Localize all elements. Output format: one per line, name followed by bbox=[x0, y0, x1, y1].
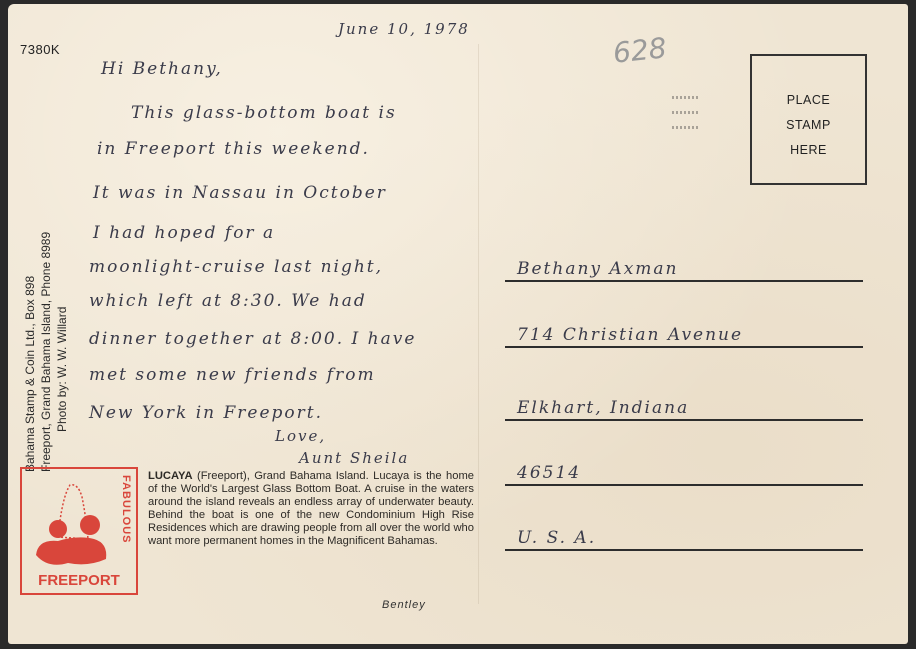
postcard-back: 7380K June 10, 1978 628 Hi Bethany, This… bbox=[8, 4, 908, 644]
address-line: Bethany Axman bbox=[505, 250, 863, 282]
message-line: New York in Freeport. bbox=[89, 403, 323, 423]
address-text: Bethany Axman bbox=[517, 259, 679, 279]
address-line: 714 Christian Avenue bbox=[505, 316, 863, 348]
message-line: It was in Nassau in October bbox=[93, 183, 387, 203]
address-line: 46514 bbox=[505, 454, 863, 486]
address-text: U. S. A. bbox=[517, 528, 596, 548]
logo-bottom-text: FREEPORT bbox=[22, 572, 136, 589]
caption-body: (Freeport), Grand Bahama Island. Lucaya … bbox=[148, 470, 474, 547]
message-line: moonlight-cruise last night, bbox=[89, 257, 383, 277]
address-text: 714 Christian Avenue bbox=[517, 325, 743, 345]
stamp-label: PLACE bbox=[752, 88, 865, 113]
stamp-label: STAMP bbox=[752, 113, 865, 138]
stamp-label: HERE bbox=[752, 138, 865, 163]
printer-mark: Bentley bbox=[382, 599, 426, 611]
message-line: met some new friends from bbox=[89, 365, 376, 385]
catalog-code: 7380K bbox=[20, 42, 60, 57]
pencil-number: 628 bbox=[611, 31, 668, 69]
fabulous-freeport-logo: FABULOUS FREEPORT bbox=[20, 467, 138, 595]
stamp-box: PLACE STAMP HERE bbox=[750, 54, 867, 185]
message-line: which left at 8:30. We had bbox=[89, 291, 367, 311]
straw-hat-icon bbox=[28, 477, 118, 572]
address-line: U. S. A. bbox=[505, 519, 863, 551]
publisher-line: Freeport, Grand Bahama Island, Phone 898… bbox=[38, 232, 54, 472]
message-line: This glass-bottom boat is bbox=[131, 103, 397, 123]
center-divider bbox=[478, 44, 479, 604]
address-line: Elkhart, Indiana bbox=[505, 389, 863, 421]
message-line: dinner together at 8:00. I have bbox=[89, 329, 416, 349]
photo-caption: LUCAYA (Freeport), Grand Bahama Island. … bbox=[148, 470, 474, 548]
publisher-line: Bahama Stamp & Coin Ltd., Box 898 bbox=[22, 232, 38, 472]
message-line: Hi Bethany, bbox=[101, 59, 223, 79]
message-line: I had hoped for a bbox=[93, 223, 275, 243]
handwritten-date: June 10, 1978 bbox=[338, 20, 470, 38]
address-text: 46514 bbox=[517, 463, 581, 483]
message-closing: Love, bbox=[275, 427, 326, 445]
logo-top-text: FABULOUS bbox=[120, 475, 132, 544]
message-signature: Aunt Sheila bbox=[299, 449, 409, 467]
address-text: Elkhart, Indiana bbox=[517, 398, 689, 418]
publisher-info: Bahama Stamp & Coin Ltd., Box 898 Freepo… bbox=[22, 232, 70, 472]
caption-title: LUCAYA bbox=[148, 470, 193, 482]
faded-postmark bbox=[672, 96, 698, 141]
photo-credit: Photo by: W. W. Willard bbox=[54, 232, 70, 472]
message-line: in Freeport this weekend. bbox=[97, 139, 370, 159]
